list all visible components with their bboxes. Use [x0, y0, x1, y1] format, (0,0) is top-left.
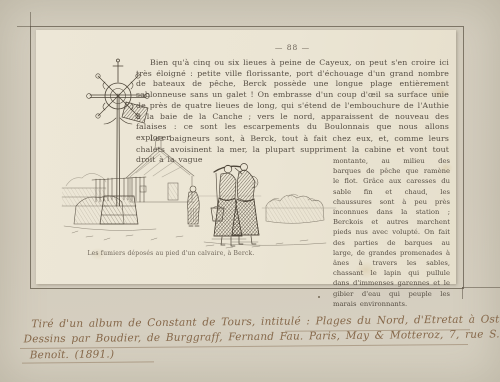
- paragraph-2-column: montante, au milieu des barques de pêche…: [333, 156, 450, 309]
- ground-sketch: [64, 226, 326, 248]
- handwritten-line-1: Tiré d'un album de Constant de Tours, in…: [31, 313, 500, 330]
- handwritten-line-3: Benoît. (1891.): [30, 348, 115, 361]
- cross-pedestal: [74, 177, 146, 224]
- bushes-sketch: [262, 194, 336, 223]
- album-page: — 88 — Bien qu'à cinq ou six lieues à pe…: [0, 0, 500, 382]
- paragraph-1: Bien qu'à cinq ou six lieues à peine de …: [136, 58, 449, 144]
- pasted-clipping: — 88 — Bien qu'à cinq ou six lieues à pe…: [36, 30, 456, 284]
- figure-near-cross: [188, 186, 200, 226]
- women-with-yoke: [211, 164, 259, 247]
- handwritten-line-2: Dessins par Boudier, de Burggraff, Ferna…: [23, 328, 499, 345]
